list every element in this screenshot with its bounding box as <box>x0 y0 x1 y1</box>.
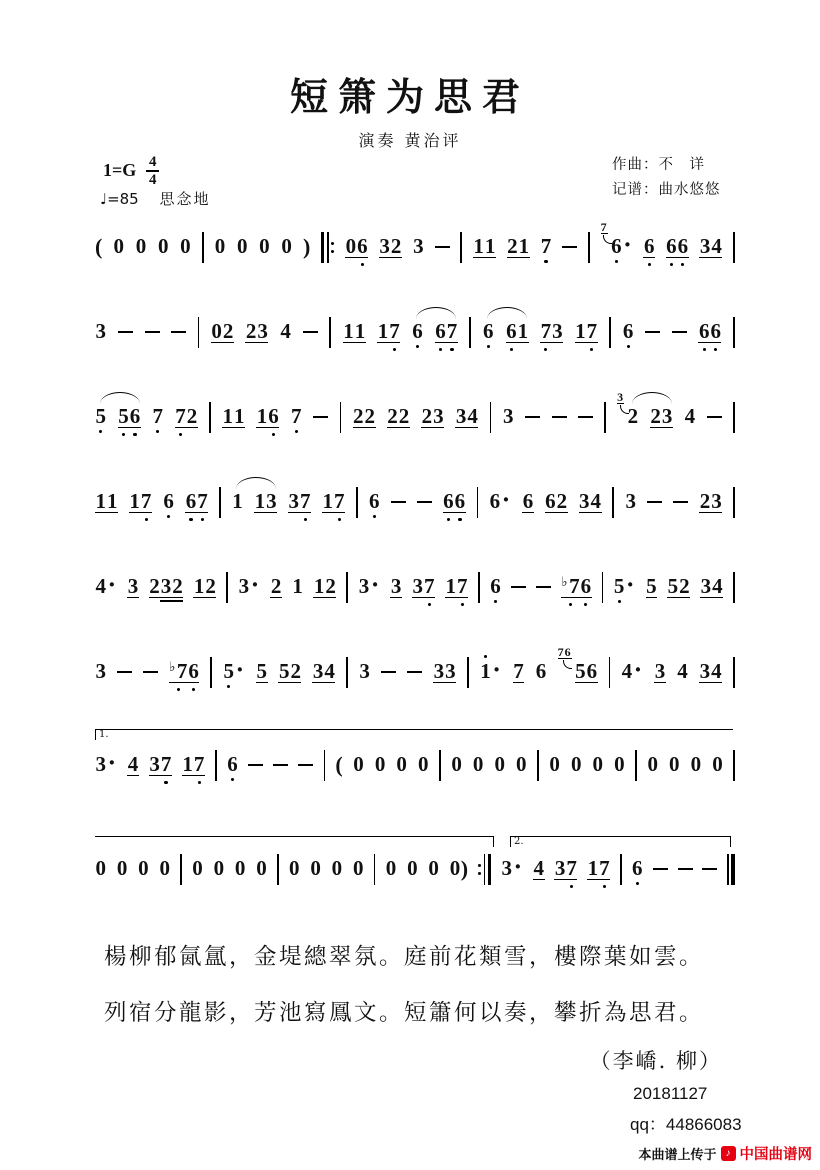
beat-unit: 0 <box>234 855 246 883</box>
note: 4 <box>467 403 479 431</box>
duration-dash <box>313 403 328 431</box>
beat-unit: 16 <box>256 403 279 431</box>
performer-credit: 演奏 黄治评 <box>0 128 820 151</box>
barline <box>733 657 735 688</box>
repeat-end-barline <box>478 854 491 885</box>
note: 0 <box>385 855 397 883</box>
beat-unit: 0 <box>396 751 408 779</box>
beat-unit: 0 <box>256 855 268 883</box>
note: 1 <box>322 488 334 516</box>
beat-unit: 17 <box>129 488 152 516</box>
note: 2 <box>172 573 184 601</box>
note: 0 <box>345 233 357 261</box>
note: 5 <box>646 573 658 601</box>
duration-dash <box>647 488 662 516</box>
beat-unit <box>609 318 611 346</box>
beat-unit <box>346 658 348 686</box>
note: 5 <box>667 573 679 601</box>
beat-unit: 0 <box>180 233 192 261</box>
note: 7 <box>389 318 401 346</box>
beat-unit: 7 <box>513 658 525 686</box>
note: 7 <box>300 488 312 516</box>
beat-unit <box>435 233 450 261</box>
beat-unit: 34 <box>699 658 722 686</box>
barline <box>609 317 611 348</box>
beat-unit <box>215 751 217 779</box>
note: 1 <box>254 488 266 516</box>
note: 0 <box>352 855 364 883</box>
note: 0 <box>614 751 626 779</box>
beat-unit: 34 <box>312 658 335 686</box>
beat-unit: 0 <box>116 855 128 883</box>
note: 1 <box>480 658 492 686</box>
music-line-2: 30223411176676617317666 <box>95 318 735 346</box>
note: 4 <box>677 658 689 686</box>
beat-unit: 0 <box>353 751 365 779</box>
beat-unit: 37 <box>412 573 435 601</box>
note: 2 <box>364 403 376 431</box>
beat-unit: 3 <box>359 658 371 686</box>
note: 4 <box>127 751 139 779</box>
beat-unit <box>727 855 735 883</box>
beat-unit: 0 <box>374 751 386 779</box>
beat-unit: 0 <box>259 233 271 261</box>
beat-unit: 6 <box>622 318 634 346</box>
note: 3 <box>501 855 513 883</box>
beat-unit: 37 <box>554 855 577 883</box>
note: 2 <box>205 573 217 601</box>
beat-unit: 0 <box>138 855 150 883</box>
beat-unit <box>645 318 660 346</box>
duration-dash <box>303 318 318 346</box>
beat-unit: ) <box>303 233 310 261</box>
note: 4 <box>280 318 292 346</box>
duration-dash <box>578 403 593 431</box>
beat-unit <box>525 403 540 431</box>
note: 0 <box>213 855 225 883</box>
note: 6 <box>586 658 598 686</box>
note: 6 <box>483 318 495 346</box>
note: 3 <box>625 488 637 516</box>
note: 3 <box>654 658 666 686</box>
beat-unit: ♭76 <box>561 573 591 601</box>
barline <box>733 750 735 781</box>
beat-unit: ♭76 <box>169 658 199 686</box>
note: 3 <box>379 233 391 261</box>
beat-unit <box>653 855 668 883</box>
duration-dash <box>536 573 551 601</box>
note: 3 <box>554 855 566 883</box>
beat-unit: 32 <box>617 403 639 431</box>
barline <box>612 487 614 518</box>
beat-unit <box>602 573 604 601</box>
note: 0 <box>451 751 463 779</box>
beat-unit: 0 <box>289 855 301 883</box>
barline <box>346 572 348 603</box>
barline <box>490 402 492 433</box>
note: 6 <box>522 488 534 516</box>
note: 6 <box>368 488 380 516</box>
beat-unit: 0 <box>472 751 484 779</box>
beat-unit: 5 <box>95 403 107 431</box>
note: 1 <box>473 233 485 261</box>
beat-unit <box>374 855 376 883</box>
beat-unit <box>469 318 471 346</box>
beat-unit: 5 <box>646 573 658 601</box>
note: 7 <box>566 855 578 883</box>
note: 0 <box>353 751 365 779</box>
note: 0 <box>214 233 226 261</box>
barline <box>180 854 182 885</box>
beat-unit: 52 <box>667 573 690 601</box>
note: 3 <box>413 233 425 261</box>
note: 3 <box>238 573 250 601</box>
barline <box>733 402 735 433</box>
beat-unit: 11 <box>473 233 496 261</box>
beat-unit: 52 <box>278 658 301 686</box>
note: 0 <box>428 855 440 883</box>
note: 7 <box>446 318 458 346</box>
note: 6 <box>622 318 634 346</box>
beat-unit <box>439 751 441 779</box>
note: 0 <box>116 855 128 883</box>
composer-credit: 作曲：不 详 <box>612 153 721 178</box>
note: 0 <box>157 233 169 261</box>
note: 3 <box>390 573 402 601</box>
site-name: 中国曲谱网 <box>740 1143 813 1164</box>
beat-unit <box>609 658 611 686</box>
note: 3 <box>412 573 424 601</box>
beat-unit <box>202 233 204 261</box>
barline <box>277 854 279 885</box>
beat-unit <box>313 403 328 431</box>
augmentation-dot: · <box>234 658 245 686</box>
note: 1 <box>95 488 107 516</box>
beat-unit: 34 <box>579 488 602 516</box>
beat-unit <box>672 318 687 346</box>
note: 0 <box>494 751 506 779</box>
beat-unit: 6 <box>163 488 175 516</box>
beat-unit <box>219 488 221 516</box>
beat-unit: 3· <box>95 751 117 779</box>
note: 0 <box>113 233 125 261</box>
duration-dash <box>525 403 540 431</box>
note: 2 <box>650 403 662 431</box>
beat-unit: 0 <box>281 233 293 261</box>
note: 3 <box>552 318 564 346</box>
note: 0 <box>516 751 528 779</box>
beat-unit <box>536 573 551 601</box>
beat-unit: 17 <box>587 855 610 883</box>
beat-unit: 6 <box>490 573 502 601</box>
beat-unit: 0 <box>712 751 724 779</box>
note: 3 <box>699 658 711 686</box>
beat-unit: 6 <box>631 855 643 883</box>
note: 6 <box>163 488 175 516</box>
beat-unit: 3· <box>238 573 260 601</box>
barline <box>215 750 217 781</box>
beat-unit: 3 <box>413 233 425 261</box>
tempo-marking: ♩=85 <box>100 190 139 208</box>
note: 2 <box>270 573 282 601</box>
barline <box>202 232 204 263</box>
beat-unit <box>198 318 200 346</box>
note: 2 <box>387 403 399 431</box>
note: 6 <box>710 318 722 346</box>
beat-unit: 0 <box>407 855 419 883</box>
beat-unit <box>277 855 279 883</box>
note: 6 <box>535 658 547 686</box>
barline <box>733 317 735 348</box>
beat-unit <box>145 318 160 346</box>
note: 2 <box>627 403 639 431</box>
augmentation-dot: · <box>107 573 118 601</box>
beat-unit <box>478 855 491 883</box>
beat-unit: 34 <box>699 233 722 261</box>
beat-unit: 0 <box>236 233 248 261</box>
time-numerator: 4 <box>149 155 157 169</box>
volta-2-bracket: 2. <box>510 836 731 847</box>
grace-note: 76 <box>558 646 572 659</box>
volta-1-label: 1. <box>99 729 109 740</box>
note: 6 <box>357 233 369 261</box>
note: 0 <box>192 855 204 883</box>
note: 5 <box>613 573 625 601</box>
barline <box>478 572 480 603</box>
beat-unit: 0 <box>113 233 125 261</box>
beat-unit: ( <box>95 233 102 261</box>
beat-unit: 12 <box>313 573 336 601</box>
note: 1 <box>292 573 304 601</box>
beat-unit: 6 <box>227 751 239 779</box>
barline <box>198 317 200 348</box>
barline <box>340 402 342 433</box>
duration-dash <box>117 658 132 686</box>
beat-unit <box>733 658 735 686</box>
note: 1 <box>193 573 205 601</box>
note: 6 <box>545 488 557 516</box>
note: 4 <box>324 658 336 686</box>
beat-unit: 6 <box>483 318 495 346</box>
beat-unit: 0 <box>570 751 582 779</box>
beat-unit: 3 <box>95 658 107 686</box>
note: 3 <box>699 233 711 261</box>
note: 3 <box>95 751 107 779</box>
barline <box>588 232 590 263</box>
beat-unit: 3 <box>654 658 666 686</box>
beat-unit: 72 <box>175 403 198 431</box>
beat-unit: 33 <box>433 658 456 686</box>
duration-dash <box>273 751 288 779</box>
beat-unit: 6 <box>412 318 424 346</box>
grace-note: 7 <box>601 221 608 234</box>
note: 1 <box>587 855 599 883</box>
note: 0 <box>135 233 147 261</box>
barline <box>609 657 611 688</box>
beat-unit <box>210 658 212 686</box>
note: 6 <box>129 403 141 431</box>
beat-unit <box>391 488 406 516</box>
note: 1 <box>343 318 355 346</box>
augmentation-dot: · <box>107 751 118 779</box>
repeat-start-barline <box>321 232 334 263</box>
beat-unit <box>180 855 182 883</box>
note: 2 <box>222 318 234 346</box>
duration-dash <box>645 318 660 346</box>
beat-unit <box>733 488 735 516</box>
note: 5 <box>118 403 130 431</box>
note: 3 <box>503 403 515 431</box>
duration-dash <box>673 488 688 516</box>
beat-unit: 0 <box>385 855 397 883</box>
note: 2 <box>699 488 711 516</box>
barline <box>604 402 606 433</box>
music-line-3: 5567721116722222334332234 <box>95 403 735 431</box>
beat-unit: 1 <box>292 573 304 601</box>
beat-unit <box>511 573 526 601</box>
beat-unit: 0 <box>669 751 681 779</box>
beat-unit <box>578 403 593 431</box>
music-line-7: 3·437176(0000000000000000 <box>95 751 735 779</box>
grace-note: 3 <box>617 391 624 404</box>
beat-unit: 0 <box>192 855 204 883</box>
duration-dash <box>407 658 422 686</box>
beat-unit: 0 <box>159 855 171 883</box>
beat-unit: 06 <box>345 233 368 261</box>
note: 0 <box>592 751 604 779</box>
barline <box>210 657 212 688</box>
beat-unit <box>460 233 462 261</box>
beat-unit: 6 <box>535 658 547 686</box>
beat-unit: 62 <box>545 488 568 516</box>
note: 7 <box>540 318 552 346</box>
beat-unit: 0 <box>310 855 322 883</box>
beat-unit: 11 <box>222 403 245 431</box>
beat-unit: 3· <box>358 573 380 601</box>
beat-unit: 2 <box>270 573 282 601</box>
duration-dash <box>171 318 186 346</box>
beat-unit: 7 <box>291 403 303 431</box>
note: 3 <box>312 658 324 686</box>
beat-unit: 76· <box>601 233 633 261</box>
music-line-8: 0000000000000000)3·437176 <box>95 855 735 883</box>
beat-unit: 66 <box>443 488 466 516</box>
mood-marking: 思念地 <box>160 190 211 208</box>
music-line-1: (00000000)063231121776·66634 <box>95 233 735 261</box>
beat-unit <box>407 658 422 686</box>
beat-unit: 11 <box>343 318 366 346</box>
beat-unit: 6 <box>368 488 380 516</box>
barline <box>209 402 211 433</box>
beat-unit <box>562 233 577 261</box>
note: 0 <box>236 233 248 261</box>
note: 0 <box>259 233 271 261</box>
barline <box>374 854 376 885</box>
beat-unit: 3 <box>625 488 637 516</box>
note: 0 <box>180 233 192 261</box>
note: 1 <box>518 233 530 261</box>
note: 3 <box>455 403 467 431</box>
duration-dash <box>702 855 717 883</box>
note: 7 <box>193 751 205 779</box>
beat-unit <box>537 751 539 779</box>
beat-unit <box>303 318 318 346</box>
barline <box>356 487 358 518</box>
note: 0 <box>138 855 150 883</box>
note: 2 <box>679 573 691 601</box>
note: 0 <box>417 751 429 779</box>
beat-unit <box>478 573 480 601</box>
beat-unit: 61 <box>506 318 529 346</box>
note: 7 <box>423 573 435 601</box>
duration-dash <box>562 233 577 261</box>
beat-unit: 6· <box>489 488 511 516</box>
note: 0 <box>95 855 107 883</box>
note: 1 <box>256 403 268 431</box>
note: 6 <box>454 488 466 516</box>
note: 6 <box>677 233 689 261</box>
duration-dash <box>248 751 263 779</box>
beat-unit: 22 <box>353 403 376 431</box>
note: 7 <box>291 403 303 431</box>
note: 6 <box>631 855 643 883</box>
beat-unit: 3· <box>501 855 523 883</box>
beat-unit: 21 <box>507 233 530 261</box>
beat-unit: 7656 <box>558 658 598 686</box>
sheet-music-page: 短箫为思君 演奏 黄治评 1=G 4 4 ♩=85 思念地 作曲：不 详 记谱：… <box>0 0 820 1170</box>
note: 4 <box>684 403 696 431</box>
note: 3 <box>95 318 107 346</box>
barline <box>439 750 441 781</box>
volta-2-label: 2. <box>514 836 524 847</box>
note: 1 <box>445 573 457 601</box>
beat-unit: 0 <box>331 855 343 883</box>
note: 6 <box>188 658 200 686</box>
note: 2 <box>186 403 198 431</box>
beat-unit: 73 <box>540 318 563 346</box>
beat-unit <box>381 658 396 686</box>
beat-unit: 7 <box>152 403 164 431</box>
beat-unit: 3 <box>95 318 107 346</box>
barline <box>635 750 637 781</box>
beat-unit <box>647 488 662 516</box>
note: 6 <box>698 318 710 346</box>
note: 3 <box>127 573 139 601</box>
note: 0 <box>472 751 484 779</box>
qq-number: qq：44866083 <box>630 1110 742 1135</box>
beat-unit: 7 <box>540 233 552 261</box>
barline <box>469 317 471 348</box>
note: 6 <box>611 233 623 261</box>
note: 4 <box>533 855 545 883</box>
beat-unit: 232 <box>149 573 184 601</box>
beat-unit: 0 <box>516 751 528 779</box>
note: 3 <box>445 658 457 686</box>
beat-unit: 5· <box>223 658 245 686</box>
note: 0 <box>549 751 561 779</box>
note: 6 <box>490 573 502 601</box>
transcriber-credit: 记谱：曲水悠悠 <box>612 178 721 203</box>
beat-unit <box>226 573 228 601</box>
beat-unit <box>329 318 331 346</box>
augmentation-dot: · <box>370 573 381 601</box>
note: 6 <box>185 488 197 516</box>
site-footer: 本曲谱上传于 ♪ 中国曲谱网 <box>638 1143 812 1164</box>
barline <box>733 232 735 263</box>
beat-unit: 12 <box>193 573 216 601</box>
final-barline <box>727 854 735 885</box>
flat-icon: ♭ <box>169 659 175 674</box>
